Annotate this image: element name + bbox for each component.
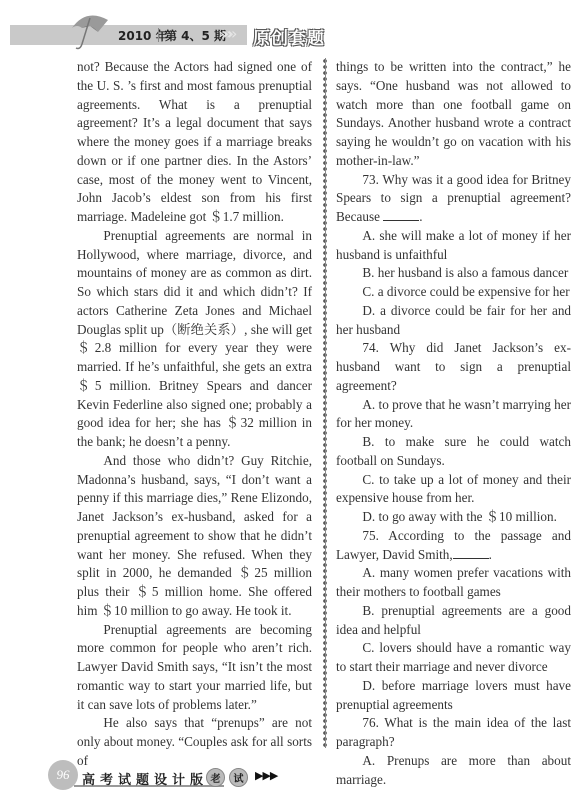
option-b: B. her husband is also a famous dancer bbox=[336, 264, 571, 283]
question-76: 76. What is the main idea of the last pa… bbox=[336, 714, 571, 752]
option-d: D. to go away with the ＄10 million. bbox=[336, 508, 571, 527]
badge-icon: 试 bbox=[229, 768, 248, 787]
page-footer: 96 高考试题设计版 老 试 ▶▶▶ bbox=[0, 755, 581, 800]
left-column: not? Because the Actors had signed one o… bbox=[77, 58, 312, 771]
chevrons-icon: »»» bbox=[218, 24, 232, 43]
arrows-icon: ▶▶▶ bbox=[255, 769, 277, 782]
option-b: B. to make sure he could watch football … bbox=[336, 433, 571, 471]
option-c: C. lovers should have a romantic way to … bbox=[336, 639, 571, 677]
header-separator bbox=[158, 28, 159, 42]
umbrella-icon bbox=[68, 10, 112, 52]
question-74: 74. Why did Janet Jackson’s ex-husband w… bbox=[336, 339, 571, 395]
option-d: D. before marriage lovers must have pren… bbox=[336, 677, 571, 715]
issue-year: 2010 年 bbox=[118, 27, 168, 44]
answer-blank bbox=[383, 208, 419, 221]
page-header: 2010 年 第 4、5 期 »»» 原创套题 bbox=[0, 0, 581, 55]
option-a: A. to prove that he wasn’t marrying her … bbox=[336, 396, 571, 434]
paragraph: And those who didn’t? Guy Ritchie, Madon… bbox=[77, 452, 312, 621]
right-column: things to be written into the contract,”… bbox=[336, 58, 571, 789]
option-c: C. to take up a lot of money and their e… bbox=[336, 471, 571, 509]
paragraph: Prenuptial agreements are becoming more … bbox=[77, 621, 312, 715]
publication-name: 高考试题设计版 bbox=[82, 769, 208, 788]
option-c: C. a divorce could be expensive for her bbox=[336, 283, 571, 302]
column-divider bbox=[321, 58, 329, 748]
question-73: 73. Why was it a good idea for Britney S… bbox=[336, 171, 571, 227]
option-a: A. many women prefer vacations with thei… bbox=[336, 564, 571, 602]
option-a: A. she will make a lot of money if her h… bbox=[336, 227, 571, 265]
question-number: 76. bbox=[362, 715, 378, 730]
question-number: 74. bbox=[362, 340, 378, 355]
answer-blank bbox=[453, 546, 489, 559]
option-d: D. a divorce could be fair for her and h… bbox=[336, 302, 571, 340]
option-b: B. prenuptial agreements are a good idea… bbox=[336, 602, 571, 640]
question-75: 75. According to the passage and Lawyer,… bbox=[336, 527, 571, 565]
section-title: 原创套题 bbox=[253, 24, 325, 49]
paragraph: Prenuptial agreements are normal in Holl… bbox=[77, 227, 312, 452]
issue-number: 第 4、5 期 bbox=[165, 27, 226, 44]
badge-icon: 老 bbox=[206, 768, 225, 787]
paragraph: not? Because the Actors had signed one o… bbox=[77, 58, 312, 227]
question-number: 73. bbox=[362, 172, 378, 187]
page-number: 96 bbox=[48, 760, 78, 790]
paragraph: things to be written into the contract,”… bbox=[336, 58, 571, 171]
question-number: 75. bbox=[362, 528, 378, 543]
